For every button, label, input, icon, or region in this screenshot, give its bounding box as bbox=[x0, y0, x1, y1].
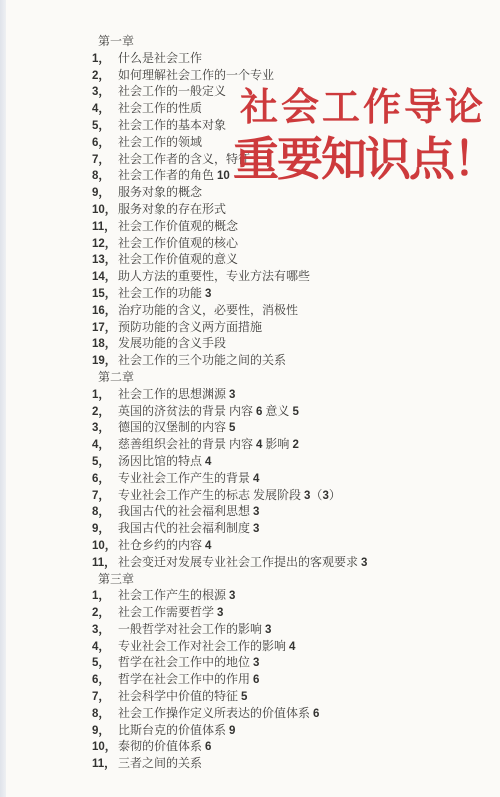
item-page-number: 3 bbox=[253, 523, 259, 535]
item-number: 9， bbox=[92, 521, 118, 538]
item-number: 3， bbox=[92, 84, 118, 101]
item-number: 10， bbox=[92, 202, 118, 219]
item-page-number: 4 bbox=[205, 456, 211, 468]
item-number: 2， bbox=[92, 605, 118, 622]
item-number: 11， bbox=[92, 756, 118, 773]
toc-item: 15，社会工作的功能 3 bbox=[92, 285, 492, 302]
item-page-number: 6 bbox=[256, 406, 262, 418]
item-number: 1， bbox=[92, 51, 118, 68]
toc-item: 16，治疗功能的含义，必要性，消极性 bbox=[92, 302, 492, 319]
item-text: 社会工作的性质 bbox=[118, 101, 202, 115]
toc-item: 9，比斯台克的价值体系 9 bbox=[92, 722, 492, 739]
document-page: 第一章1，什么是社会工作2，如何理解社会工作的一个专业3，社会工作的一般定义4，… bbox=[0, 0, 500, 797]
item-page-number: 3 bbox=[304, 490, 310, 502]
item-page-number: 3 bbox=[229, 389, 235, 401]
toc-item: 10，服务对象的存在形式 bbox=[92, 201, 492, 218]
item-number: 9， bbox=[92, 185, 118, 202]
item-number: 5， bbox=[92, 454, 118, 471]
item-page-number: 3 bbox=[229, 590, 235, 602]
item-page-number: 6 bbox=[313, 708, 319, 720]
item-number: 7， bbox=[92, 152, 118, 169]
item-text: 社会工作操作定义所表达的价值体系 6 bbox=[118, 706, 319, 720]
item-page-number: 5 bbox=[241, 691, 247, 703]
toc-item: 2，社会工作需要哲学 3 bbox=[92, 604, 492, 621]
toc-item: 11，社会工作价值观的概念 bbox=[92, 218, 492, 235]
toc-item: 1，社会工作的思想渊源 3 bbox=[92, 386, 492, 403]
item-number: 11， bbox=[92, 219, 118, 236]
item-number: 2， bbox=[92, 68, 118, 85]
toc-item: 12，社会工作价值观的核心 bbox=[92, 235, 492, 252]
item-text: 社会变迁对发展专业社会工作提出的客观要求 3 bbox=[118, 555, 367, 569]
item-text: 汤因比馆的特点 4 bbox=[118, 454, 211, 468]
item-number: 10， bbox=[92, 739, 118, 756]
toc-item: 10，泰彻的价值体系 6 bbox=[92, 738, 492, 755]
item-text: 社会工作需要哲学 3 bbox=[118, 605, 223, 619]
item-number: 13， bbox=[92, 252, 118, 269]
toc-item: 14，助人方法的重要性，专业方法有哪些 bbox=[92, 268, 492, 285]
item-text: 专业社会工作产生的标志 发展阶段 3（3） bbox=[118, 488, 341, 502]
item-text: 比斯台克的价值体系 9 bbox=[118, 723, 235, 737]
toc-item: 19，社会工作的三个功能之间的关系 bbox=[92, 352, 492, 369]
item-number: 6， bbox=[92, 135, 118, 152]
item-number: 4， bbox=[92, 101, 118, 118]
item-number: 18， bbox=[92, 336, 118, 353]
item-page-number: 6 bbox=[253, 674, 259, 686]
toc-item: 7，社会科学中价值的特征 5 bbox=[92, 688, 492, 705]
toc-item: 3，德国的汉堡制的内容 5 bbox=[92, 419, 492, 436]
item-number: 12， bbox=[92, 236, 118, 253]
item-number: 6， bbox=[92, 471, 118, 488]
item-page-number: 5 bbox=[292, 406, 298, 418]
toc-item: 6，哲学在社会工作中的作用 6 bbox=[92, 671, 492, 688]
item-page-number: 10 bbox=[217, 170, 230, 182]
toc-item: 2，英国的济贫法的背景 内容 6 意义 5 bbox=[92, 403, 492, 420]
item-page-number: 6 bbox=[205, 741, 211, 753]
item-number: 1， bbox=[92, 387, 118, 404]
item-text: 慈善组织会社的背景 内容 4 影响 2 bbox=[118, 437, 299, 451]
item-number: 5， bbox=[92, 655, 118, 672]
item-text: 治疗功能的含义，必要性，消极性 bbox=[118, 303, 298, 317]
toc-item: 13，社会工作价值观的意义 bbox=[92, 251, 492, 268]
item-page-number: 4 bbox=[205, 540, 211, 552]
item-page-number: 9 bbox=[229, 725, 235, 737]
toc-item: 5，汤因比馆的特点 4 bbox=[92, 453, 492, 470]
item-page-number: 3 bbox=[253, 657, 259, 669]
chapter-heading: 第二章 bbox=[92, 369, 492, 386]
item-text: 社会工作价值观的意义 bbox=[118, 252, 238, 266]
item-number: 8， bbox=[92, 504, 118, 521]
item-text: 我国古代的社会福利思想 3 bbox=[118, 504, 259, 518]
toc-item: 10，社仓乡约的内容 4 bbox=[92, 537, 492, 554]
item-page-number: 3 bbox=[322, 490, 328, 502]
item-text: 社会工作的领域 bbox=[118, 135, 202, 149]
item-page-number: 3 bbox=[205, 288, 211, 300]
item-text: 社会工作的思想渊源 3 bbox=[118, 387, 235, 401]
item-text: 泰彻的价值体系 6 bbox=[118, 739, 211, 753]
toc-item: 11，三者之间的关系 bbox=[92, 755, 492, 772]
item-text: 哲学在社会工作中的作用 6 bbox=[118, 672, 259, 686]
item-number: 2， bbox=[92, 404, 118, 421]
item-text: 社会工作者的角色 10 bbox=[118, 168, 230, 182]
item-page-number: 4 bbox=[256, 439, 262, 451]
toc-item: 18，发展功能的含义手段 bbox=[92, 335, 492, 352]
item-number: 3， bbox=[92, 420, 118, 437]
item-page-number: 3 bbox=[265, 624, 271, 636]
item-text: 哲学在社会工作中的地位 3 bbox=[118, 655, 259, 669]
item-text: 社会工作的三个功能之间的关系 bbox=[118, 353, 286, 367]
item-number: 8， bbox=[92, 706, 118, 723]
item-number: 19， bbox=[92, 353, 118, 370]
toc-item: 9，我国古代的社会福利制度 3 bbox=[92, 520, 492, 537]
item-page-number: 3 bbox=[217, 607, 223, 619]
item-number: 5， bbox=[92, 118, 118, 135]
item-number: 8， bbox=[92, 168, 118, 185]
toc-item: 3，一般哲学对社会工作的影响 3 bbox=[92, 621, 492, 638]
item-number: 16， bbox=[92, 303, 118, 320]
item-number: 11， bbox=[92, 555, 118, 572]
item-text: 服务对象的概念 bbox=[118, 185, 202, 199]
page-left-edge bbox=[0, 0, 6, 797]
item-number: 15， bbox=[92, 286, 118, 303]
item-text: 发展功能的含义手段 bbox=[118, 336, 226, 350]
chapter-heading: 第三章 bbox=[92, 571, 492, 588]
item-text: 社会工作的基本对象 bbox=[118, 118, 226, 132]
item-page-number: 4 bbox=[289, 641, 295, 653]
item-text: 我国古代的社会福利制度 3 bbox=[118, 521, 259, 535]
item-text: 一般哲学对社会工作的影响 3 bbox=[118, 622, 271, 636]
toc-item: 8，社会工作操作定义所表达的价值体系 6 bbox=[92, 705, 492, 722]
item-text: 社会科学中价值的特征 5 bbox=[118, 689, 247, 703]
item-text: 服务对象的存在形式 bbox=[118, 202, 226, 216]
item-page-number: 2 bbox=[292, 439, 298, 451]
toc-item: 4，专业社会工作对社会工作的影响 4 bbox=[92, 638, 492, 655]
item-text: 社会工作者的含义，特征 bbox=[118, 152, 250, 166]
item-number: 7， bbox=[92, 488, 118, 505]
toc-item: 8，我国古代的社会福利思想 3 bbox=[92, 503, 492, 520]
toc-item: 4，慈善组织会社的背景 内容 4 影响 2 bbox=[92, 436, 492, 453]
item-text: 社会工作的一般定义 bbox=[118, 84, 226, 98]
item-page-number: 5 bbox=[229, 422, 235, 434]
item-text: 如何理解社会工作的一个专业 bbox=[118, 68, 274, 82]
item-text: 社会工作产生的根源 3 bbox=[118, 588, 235, 602]
toc-item: 1，社会工作产生的根源 3 bbox=[92, 587, 492, 604]
item-number: 10， bbox=[92, 538, 118, 555]
toc-item: 7，专业社会工作产生的标志 发展阶段 3（3） bbox=[92, 487, 492, 504]
item-page-number: 3 bbox=[253, 506, 259, 518]
item-text: 什么是社会工作 bbox=[118, 51, 202, 65]
toc-item: 11，社会变迁对发展专业社会工作提出的客观要求 3 bbox=[92, 554, 492, 571]
item-text: 德国的汉堡制的内容 5 bbox=[118, 420, 235, 434]
item-text: 三者之间的关系 bbox=[118, 756, 202, 770]
item-number: 6， bbox=[92, 672, 118, 689]
item-text: 助人方法的重要性，专业方法有哪些 bbox=[118, 269, 310, 283]
item-number: 7， bbox=[92, 689, 118, 706]
item-number: 9， bbox=[92, 723, 118, 740]
item-text: 专业社会工作对社会工作的影响 4 bbox=[118, 639, 295, 653]
item-number: 4， bbox=[92, 437, 118, 454]
item-text: 专业社会工作产生的背景 4 bbox=[118, 471, 259, 485]
chapter-heading: 第一章 bbox=[92, 33, 492, 50]
watermark-line-2: 重要知识点！ bbox=[233, 136, 497, 182]
item-number: 1， bbox=[92, 588, 118, 605]
item-number: 17， bbox=[92, 320, 118, 337]
item-text: 英国的济贫法的背景 内容 6 意义 5 bbox=[118, 404, 299, 418]
item-text: 社会工作价值观的概念 bbox=[118, 219, 238, 233]
item-text: 社会工作的功能 3 bbox=[118, 286, 211, 300]
item-number: 3， bbox=[92, 622, 118, 639]
watermark-line-1: 社会工作导论 bbox=[240, 89, 486, 127]
toc-item: 17，预防功能的含义两方面措施 bbox=[92, 319, 492, 336]
toc-item: 2，如何理解社会工作的一个专业 bbox=[92, 67, 492, 84]
item-page-number: 3 bbox=[361, 557, 367, 569]
item-number: 4， bbox=[92, 639, 118, 656]
item-text: 社仓乡约的内容 4 bbox=[118, 538, 211, 552]
toc-item: 9，服务对象的概念 bbox=[92, 184, 492, 201]
toc-item: 6，专业社会工作产生的背景 4 bbox=[92, 470, 492, 487]
item-page-number: 4 bbox=[253, 473, 259, 485]
toc-item: 5，哲学在社会工作中的地位 3 bbox=[92, 654, 492, 671]
item-number: 14， bbox=[92, 269, 118, 286]
item-text: 社会工作价值观的核心 bbox=[118, 236, 238, 250]
item-text: 预防功能的含义两方面措施 bbox=[118, 320, 262, 334]
toc-item: 1，什么是社会工作 bbox=[92, 50, 492, 67]
